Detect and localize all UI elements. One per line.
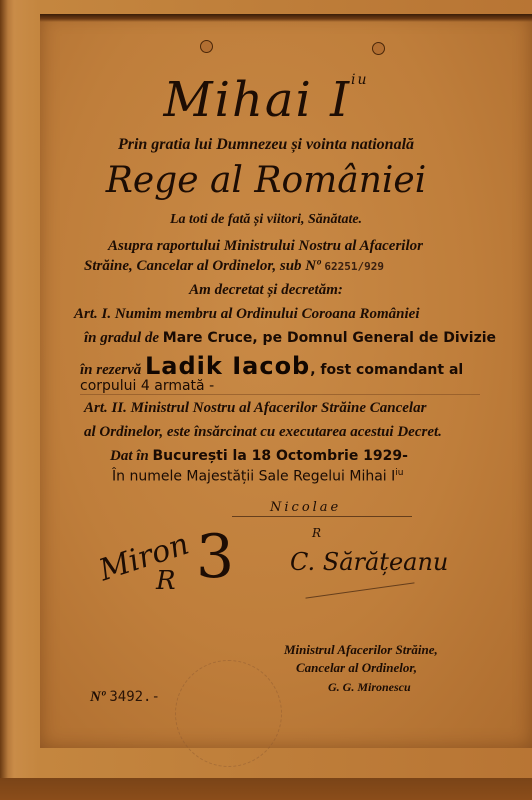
monarch-ordinal-suffix: iu [351,72,369,88]
embossed-seal [175,660,282,767]
register-number: Nº 3492.- [90,688,160,706]
article-2-line-1: Art. II. Ministrul Nostru al Afacerilor … [84,400,426,417]
salutation: La toti de fată și viitori, Sănătate. [0,212,532,228]
in-name-line: În numele Majestății Sale Regelui Mihai … [112,468,404,485]
signature-nicolae: Nicolae [270,500,341,515]
countersign-name: G. G. Mironescu [328,680,411,695]
punch-hole-right [372,42,385,55]
preamble-text: Străine, Cancelar al Ordinelor, sub [84,258,302,274]
king-title: Rege al României [0,160,532,201]
place-date: București la 18 Octombrie 1929- [153,448,408,464]
recipient-name: Ladik Iacob [145,352,310,380]
order-grade: Mare Cruce [163,330,253,346]
register-value: 3492.- [109,689,160,705]
signature-miron-initial: R [156,566,176,596]
rank-prefix: în rezervă [80,362,141,378]
signature-flourish: 3 [196,522,234,592]
grade-suffix: , pe Domnul General de Divizie [252,330,496,346]
article-1-line-2: în gradul de Mare Cruce, pe Domnul Gener… [84,330,496,347]
signature-stroke [232,516,412,517]
register-prefix: Nº [90,689,105,705]
monarch-name: Mihai I [163,72,351,128]
grace-line: Prin gratia lui Dumnezeu și vointa natio… [0,136,532,154]
ref-number: 62251/929 [324,260,384,273]
in-name-text: În numele Majestății Sale Regelui Mihai … [112,469,395,485]
recipient-suffix: , fost comandant al [310,362,463,378]
ruled-line [80,394,480,395]
signature-mid-initial: R [312,526,321,540]
grade-prefix: în gradul de [84,330,159,346]
ref-number-prefix: Nº [305,258,320,274]
signature-sarateanu: C. Sărățeanu [290,548,448,576]
in-name-suffix: iu [395,468,403,478]
given-prefix: Dat în [110,448,149,464]
monarch-title: Mihai Iiu [0,72,532,128]
preamble-line-1: Asupra raportului Ministrului Nostru al … [108,238,423,255]
decreed-line: Am decretat și decretăm: [0,282,532,299]
table-surface [0,778,532,800]
article-1-line-4: corpului 4 armată - [80,378,214,394]
paper-top-edge [40,14,532,22]
given-line: Dat în București la 18 Octombrie 1929- [110,448,408,465]
preamble-line-2: Străine, Cancelar al Ordinelor, sub Nº 6… [84,258,384,275]
countersign-line-1: Ministrul Afacerilor Străine, [284,642,438,658]
article-1-line-3: în rezervă Ladik Iacob, fost comandant a… [80,352,463,380]
article-2-line-2: al Ordinelor, este însărcinat cu executa… [84,424,442,441]
article-1-line-1: Art. I. Numim membru al Ordinului Coroan… [74,306,420,323]
punch-hole-left [200,40,213,53]
countersign-line-2: Cancelar al Ordinelor, [296,660,417,676]
